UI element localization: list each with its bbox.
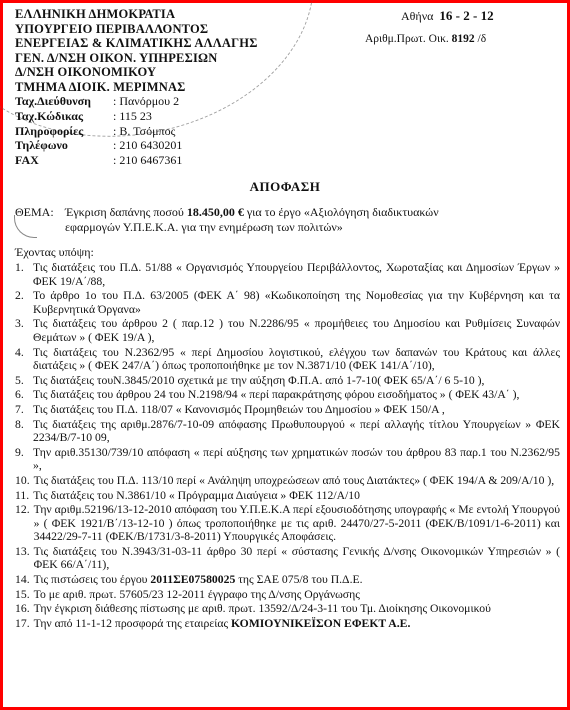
list-item-text: Τις διατάξεις τουΝ.3845/2010 σχετικά με … — [33, 374, 560, 388]
list-item-text: Τις διατάξεις του άρθρου 2 ( παρ.12 ) το… — [33, 317, 560, 344]
list-item-text: Την αριθ.35130/739/10 απόφαση « περί αύξ… — [33, 446, 560, 473]
list-item: 7.Τις διατάξεις του Π.Δ. 118/07 « Κανονι… — [15, 403, 560, 417]
list-item-text: Την αριθμ.52196/13-12-2010 απόφαση του Υ… — [34, 503, 560, 544]
letterhead-line: Δ/ΝΣΗ ΟΙΚΟΝΟΜΙΚΟΥ — [15, 65, 258, 80]
contact-info-person: Πληροφορίες: Β. Τσόμπος — [15, 124, 182, 139]
list-item: 3.Τις διατάξεις του άρθρου 2 ( παρ.12 ) … — [15, 317, 560, 344]
list-item-number: 2. — [15, 289, 33, 316]
contact-block: Ταχ.Διεύθυνση: Πανόρμου 2 Ταχ.Κώδικας: 1… — [15, 94, 182, 168]
letterhead: ΕΛΛΗΝΙΚΗ ΔΗΜΟΚΡΑΤΙΑ ΥΠΟΥΡΓΕΙΟ ΠΕΡΙΒΑΛΛΟΝ… — [15, 7, 258, 95]
list-item-number: 13. — [15, 545, 34, 572]
document-page: ΕΛΛΗΝΙΚΗ ΔΗΜΟΚΡΑΤΙΑ ΥΠΟΥΡΓΕΙΟ ΠΕΡΙΒΑΛΛΟΝ… — [0, 0, 570, 710]
letterhead-line: ΕΝΕΡΓΕΙΑΣ & ΚΛΙΜΑΤΙΚΗΣ ΑΛΛΑΓΗΣ — [15, 36, 258, 51]
list-item-text: Την από 11-1-12 προσφορά της εταιρείας Κ… — [34, 617, 560, 631]
considering-heading: Έχοντας υπόψη: — [15, 245, 94, 260]
list-item: 10.Τις διατάξεις του Π.Δ. 113/10 περί « … — [15, 474, 560, 488]
list-item-number: 10. — [15, 474, 34, 488]
list-item-text: Την έγκριση διάθεσης πίστωσης με αριθ. π… — [34, 602, 560, 616]
letterhead-line: ΓΕΝ. Δ/ΝΣΗ ΟΙΚΟΝ. ΥΠΗΡΕΣΙΩΝ — [15, 51, 258, 66]
list-item-text: Το με αριθ. πρωτ. 57605/23 12-2011 έγγρα… — [34, 588, 560, 602]
list-item-emphasis: ΚΟΜΙΟΥΝΙΚΕΪΣΟΝ ΕΦΕΚΤ Α.Ε. — [231, 617, 410, 630]
list-item-text: Το άρθρο 1ο του Π.Δ. 63/2005 (ΦΕΚ Α΄ 98)… — [33, 289, 560, 316]
contact-fax: FAX: 210 6467361 — [15, 153, 182, 168]
list-item-number: 17. — [15, 617, 34, 631]
list-item-emphasis: 2011ΣΕ07580025 — [150, 573, 235, 586]
list-item-text: Τις διατάξεις του Π.Δ. 51/88 « Οργανισμό… — [33, 261, 560, 288]
list-item-text: Τις διατάξεις της αριθμ.2876/7-10-09 από… — [33, 418, 560, 445]
list-item: 15.Το με αριθ. πρωτ. 57605/23 12-2011 έγ… — [15, 588, 560, 602]
list-item: 6.Τις διατάξεις του άρθρου 24 του Ν.2198… — [15, 388, 560, 402]
contact-address: Ταχ.Διεύθυνση: Πανόρμου 2 — [15, 94, 182, 109]
list-item: 9.Την αριθ.35130/739/10 απόφαση « περί α… — [15, 446, 560, 473]
list-item: 13.Τις διατάξεις του Ν.3943/31-03-11 άρθ… — [15, 545, 560, 572]
list-item: 17.Την από 11-1-12 προσφορά της εταιρεία… — [15, 617, 560, 631]
list-item: 11.Τις διατάξεις του Ν.3861/10 « Πρόγραμ… — [15, 489, 560, 503]
subject-block: ΘΕΜΑ:Έγκριση δαπάνης ποσού 18.450,00 € γ… — [15, 205, 555, 234]
document-title: ΑΠΟΦΑΣΗ — [3, 179, 567, 195]
list-item-number: 9. — [15, 446, 33, 473]
list-item-number: 1. — [15, 261, 33, 288]
list-item-text: Τις διατάξεις του Ν.3861/10 « Πρόγραμμα … — [33, 489, 560, 503]
list-item: 4.Τις διατάξεις του Ν.2362/95 « περί Δημ… — [15, 346, 560, 373]
subject-amount: 18.450,00 € — [187, 205, 244, 219]
list-item-number: 8. — [15, 418, 33, 445]
list-item-number: 3. — [15, 317, 33, 344]
document-date: Αθήνα 16 - 2 - 12 — [401, 8, 494, 24]
letterhead-line: ΕΛΛΗΝΙΚΗ ΔΗΜΟΚΡΑΤΙΑ — [15, 7, 258, 22]
list-item-number: 14. — [15, 573, 34, 587]
list-item-text: Τις διατάξεις του άρθρου 24 του Ν.2198/9… — [33, 388, 560, 402]
contact-phone: Τηλέφωνο: 210 6430201 — [15, 138, 182, 153]
list-item: 14.Τις πιστώσεις του έργου 2011ΣΕ0758002… — [15, 573, 560, 587]
list-item-number: 4. — [15, 346, 33, 373]
letterhead-line: ΤΜΗΜΑ ΔΙΟΙΚ. ΜΕΡΙΜΝΑΣ — [15, 80, 258, 95]
list-item-number: 16. — [15, 602, 34, 616]
protocol-number: Αριθμ.Πρωτ. Οικ. 8192 /δ — [365, 33, 486, 45]
list-item: 5.Τις διατάξεις τουΝ.3845/2010 σχετικά μ… — [15, 374, 560, 388]
contact-postcode: Ταχ.Κώδικας: 115 23 — [15, 109, 182, 124]
list-item: 8.Τις διατάξεις της αριθμ.2876/7-10-09 α… — [15, 418, 560, 445]
list-item: 1.Τις διατάξεις του Π.Δ. 51/88 « Οργανισ… — [15, 261, 560, 288]
list-item-number: 15. — [15, 588, 34, 602]
list-item: 12.Την αριθμ.52196/13-12-2010 απόφαση το… — [15, 503, 560, 544]
list-item: 16.Την έγκριση διάθεσης πίστωσης με αριθ… — [15, 602, 560, 616]
list-item-number: 11. — [15, 489, 33, 503]
list-item-number: 6. — [15, 388, 33, 402]
list-item-text: Τις πιστώσεις του έργου 2011ΣΕ07580025 τ… — [34, 573, 560, 587]
list-item-number: 7. — [15, 403, 33, 417]
list-item-text: Τις διατάξεις του Π.Δ. 113/10 περί « Ανά… — [34, 474, 560, 488]
list-item-text: Τις διατάξεις του Ν.3943/31-03-11 άρθρο … — [34, 545, 560, 572]
list-item-text: Τις διατάξεις του Ν.2362/95 « περί Δημοσ… — [33, 346, 560, 373]
letterhead-line: ΥΠΟΥΡΓΕΙΟ ΠΕΡΙΒΑΛΛΟΝΤΟΣ — [15, 22, 258, 37]
list-item: 2.Το άρθρο 1ο του Π.Δ. 63/2005 (ΦΕΚ Α΄ 9… — [15, 289, 560, 316]
considerations-list: 1.Τις διατάξεις του Π.Δ. 51/88 « Οργανισ… — [15, 261, 560, 631]
list-item-text: Τις διατάξεις του Π.Δ. 118/07 « Κανονισμ… — [33, 403, 560, 417]
list-item-number: 5. — [15, 374, 33, 388]
list-item-number: 12. — [15, 503, 34, 544]
